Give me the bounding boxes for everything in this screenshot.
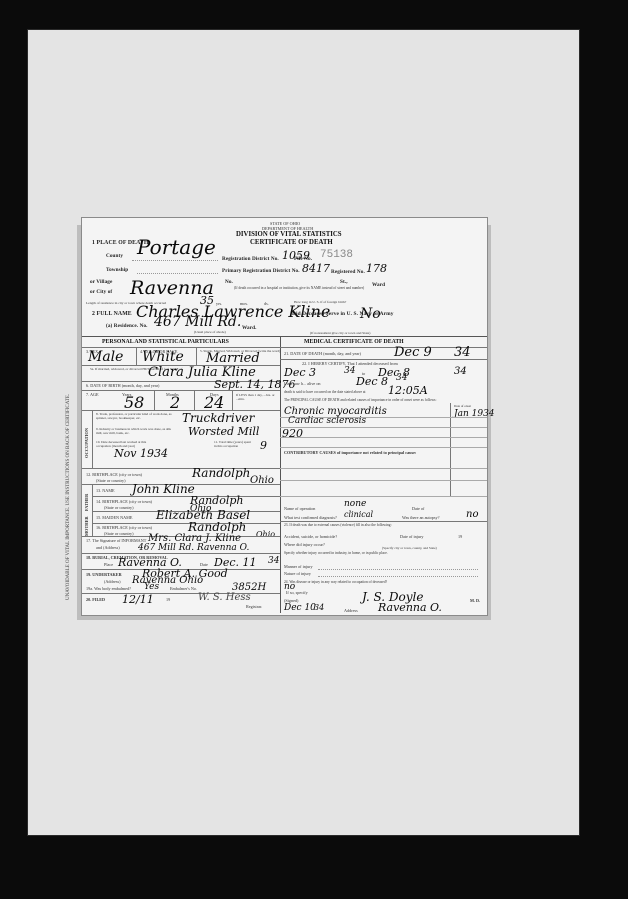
medical-section-title: MEDICAL CERTIFICATE OF DEATH xyxy=(304,339,404,345)
father-side-label: FATHER xyxy=(84,494,89,511)
residence-value: 467 Mill Rd. xyxy=(154,314,241,330)
address-label: Address xyxy=(344,608,358,613)
trade-value: Truckdriver xyxy=(182,411,254,425)
operation-date-label: Date of xyxy=(412,506,424,511)
age-label: 7. AGE xyxy=(86,392,99,397)
nonresident-note: (If nonresident give city or town and St… xyxy=(310,331,370,335)
filed-label: 20. FILED xyxy=(86,597,105,602)
occupation-side-label: OCCUPATION xyxy=(84,428,89,458)
ward-label: Ward xyxy=(372,282,385,288)
operation-value: none xyxy=(344,499,366,509)
nature-label: Nature of injury xyxy=(284,571,311,576)
industry-value: Worsted Mill xyxy=(188,425,259,438)
external-label: 23. If death was due to external causes … xyxy=(284,523,392,527)
embalmed-label: 19a. Was body embalmed? xyxy=(86,586,131,591)
occupation-related-label: 24. Was disease or injury in any way rel… xyxy=(284,580,387,584)
primary-reg-label: Primary Registration District No. xyxy=(222,268,300,274)
onset-label: Date of onset xyxy=(454,404,471,408)
file-no: 75138 xyxy=(320,249,353,261)
township-label: Township xyxy=(106,267,128,273)
operation-label: Name of operation xyxy=(284,506,315,511)
birthplace-value: Randolph xyxy=(192,466,250,480)
father-name-value: John Kline xyxy=(132,482,195,496)
reg-district-label: Registration District No. xyxy=(222,256,279,262)
signed-date: Dec 10 xyxy=(284,603,316,613)
father-name-label: 13. NAME xyxy=(96,488,115,493)
test-value: clinical xyxy=(344,510,373,519)
md-label: M. D. xyxy=(470,598,480,603)
embalmer-label: Embalmer's No. xyxy=(170,586,197,591)
mother-bp-value: Randolph xyxy=(188,520,246,534)
village-label: or Village xyxy=(90,279,112,285)
informant-address: 467 Mill Rd. Ravenna O. xyxy=(138,543,249,553)
st-label: St., xyxy=(340,279,348,285)
city-label: or City of xyxy=(90,289,112,295)
mother-name-label: 15. MAIDEN NAME xyxy=(96,515,132,520)
usual-place-note: (Usual place of abode) xyxy=(194,330,226,334)
undertaker-label: 19. UNDERTAKER xyxy=(86,572,122,577)
total-time-value: 9 xyxy=(260,439,267,452)
reg-district-value: 1059 xyxy=(282,249,310,262)
contributory-label: CONTRIBUTORY CAUSES of importance not re… xyxy=(284,450,416,455)
margin-note: UNAVOIDABLE OF VITAL IMPORTANCE. USE INS… xyxy=(66,394,71,600)
hospital-note: (If death occurred in a hospital or inst… xyxy=(234,286,364,290)
filed-value: 12/11 xyxy=(122,593,154,606)
death-certificate: STATE OF OHIO DEPARTMENT OF HEALTH DIVIS… xyxy=(81,217,488,616)
signed-year: 34 xyxy=(314,603,324,612)
autopsy-label: Was there an autopsy? xyxy=(402,515,439,520)
primary-reg-value: 8417 xyxy=(302,262,330,275)
registrar-signature: W. S. Hess xyxy=(198,592,251,603)
injury-year-label: 19 xyxy=(458,534,462,539)
total-time-label: 11. Total time (years) spent in this occ… xyxy=(214,440,254,448)
industry-note: Specify whether injury occurred in indus… xyxy=(284,551,388,555)
registered-no-label: Registered No. xyxy=(331,269,365,275)
death-said-label: death is said to have occurred on the da… xyxy=(284,390,366,394)
filed-year-label: 19 xyxy=(166,597,170,602)
header-division: DIVISION OF VITAL STATISTICS xyxy=(236,231,342,238)
dod-value: Dec 9 xyxy=(394,345,432,360)
autopsy-value: no xyxy=(466,509,478,520)
registrar-label: Registrar. xyxy=(246,604,262,609)
mother-bp-state: Ohio xyxy=(256,530,275,539)
residence-label: (a) Residence. No. xyxy=(106,323,148,329)
dod-year: 34 xyxy=(454,345,471,360)
no-label: No. xyxy=(225,279,233,285)
test-label: What test confirmed diagnosis? xyxy=(284,515,337,520)
birthplace-sub: (State or country) xyxy=(96,478,126,483)
mother-bp-label: 16. BIRTHPLACE (city or town) xyxy=(96,525,152,530)
header-title: CERTIFICATE OF DEATH xyxy=(250,239,333,246)
cause-2: Cardiac sclerosis xyxy=(288,416,366,426)
dod-label: 21. DATE OF DEATH (month, day, and year) xyxy=(284,351,361,356)
burial-year-value: 34 xyxy=(268,556,279,566)
dob-label: 6. DATE OF BIRTH (month, day, and year) xyxy=(86,383,159,388)
where-label: Where did injury occur? xyxy=(284,542,325,547)
full-name-label: 2 FULL NAME xyxy=(92,311,132,317)
manner-label: Manner of injury xyxy=(284,564,313,569)
personal-section-title: PERSONAL AND STATISTICAL PARTICULARS xyxy=(102,339,229,345)
county-value: Portage xyxy=(137,235,216,259)
race-value: White xyxy=(142,349,184,365)
last-worked-value: Nov 1934 xyxy=(114,447,168,460)
accident-label: Accident, suicide, or homicide? xyxy=(284,534,337,539)
residence-ward-label: Ward. xyxy=(242,325,256,331)
marital-value: Married xyxy=(206,351,260,366)
specify-note: (Specify city or town, county, and State… xyxy=(382,546,437,550)
attended-to-year: 34 xyxy=(454,366,467,377)
undertaker-addr-value: Ravenna Ohio xyxy=(132,575,203,586)
military-value: No xyxy=(360,306,381,322)
mother-side-label: MOTHER xyxy=(84,516,89,536)
trade-label: 8. Trade, profession, or particular kind… xyxy=(96,412,176,420)
time-of-death: 12:05A xyxy=(388,384,428,397)
registered-no-value: 178 xyxy=(366,262,387,275)
father-bp-label: 14. BIRTHPLACE (city or town) xyxy=(96,499,152,504)
cause-code: 920 xyxy=(282,427,303,440)
informant-addr-label: and (Address) xyxy=(96,545,120,550)
last-saw-year: 34 xyxy=(396,373,407,383)
cause-label: The PRINCIPAL CAUSE OF DEATH and related… xyxy=(284,398,474,402)
undertaker-addr-label: (Address) xyxy=(104,579,121,584)
burial-place-label: Place xyxy=(104,562,113,567)
embalmed-value: Yes xyxy=(144,582,159,592)
physician-address: Ravenna O. xyxy=(378,601,442,614)
attended-from: Dec 3 xyxy=(284,366,316,379)
sex-value: Male xyxy=(88,349,123,365)
if-so-label: If so, specify xyxy=(286,590,308,595)
less-label: If LESS than 1 day, ...hrs. or ...min. xyxy=(236,393,276,401)
last-saw-value: Dec 8 xyxy=(356,375,388,388)
last-saw-label: I last saw h... alive on xyxy=(284,381,321,386)
injury-date-label: Date of injury xyxy=(400,534,424,539)
birthplace-label: 12. BIRTHPLACE (city or town) xyxy=(86,472,142,477)
attended-from-year: 34 xyxy=(344,366,355,376)
industry-label: 9. Industry or business in which work wa… xyxy=(96,427,176,435)
father-bp-sub: (State or country) xyxy=(104,505,134,510)
county-label: County xyxy=(106,253,123,259)
